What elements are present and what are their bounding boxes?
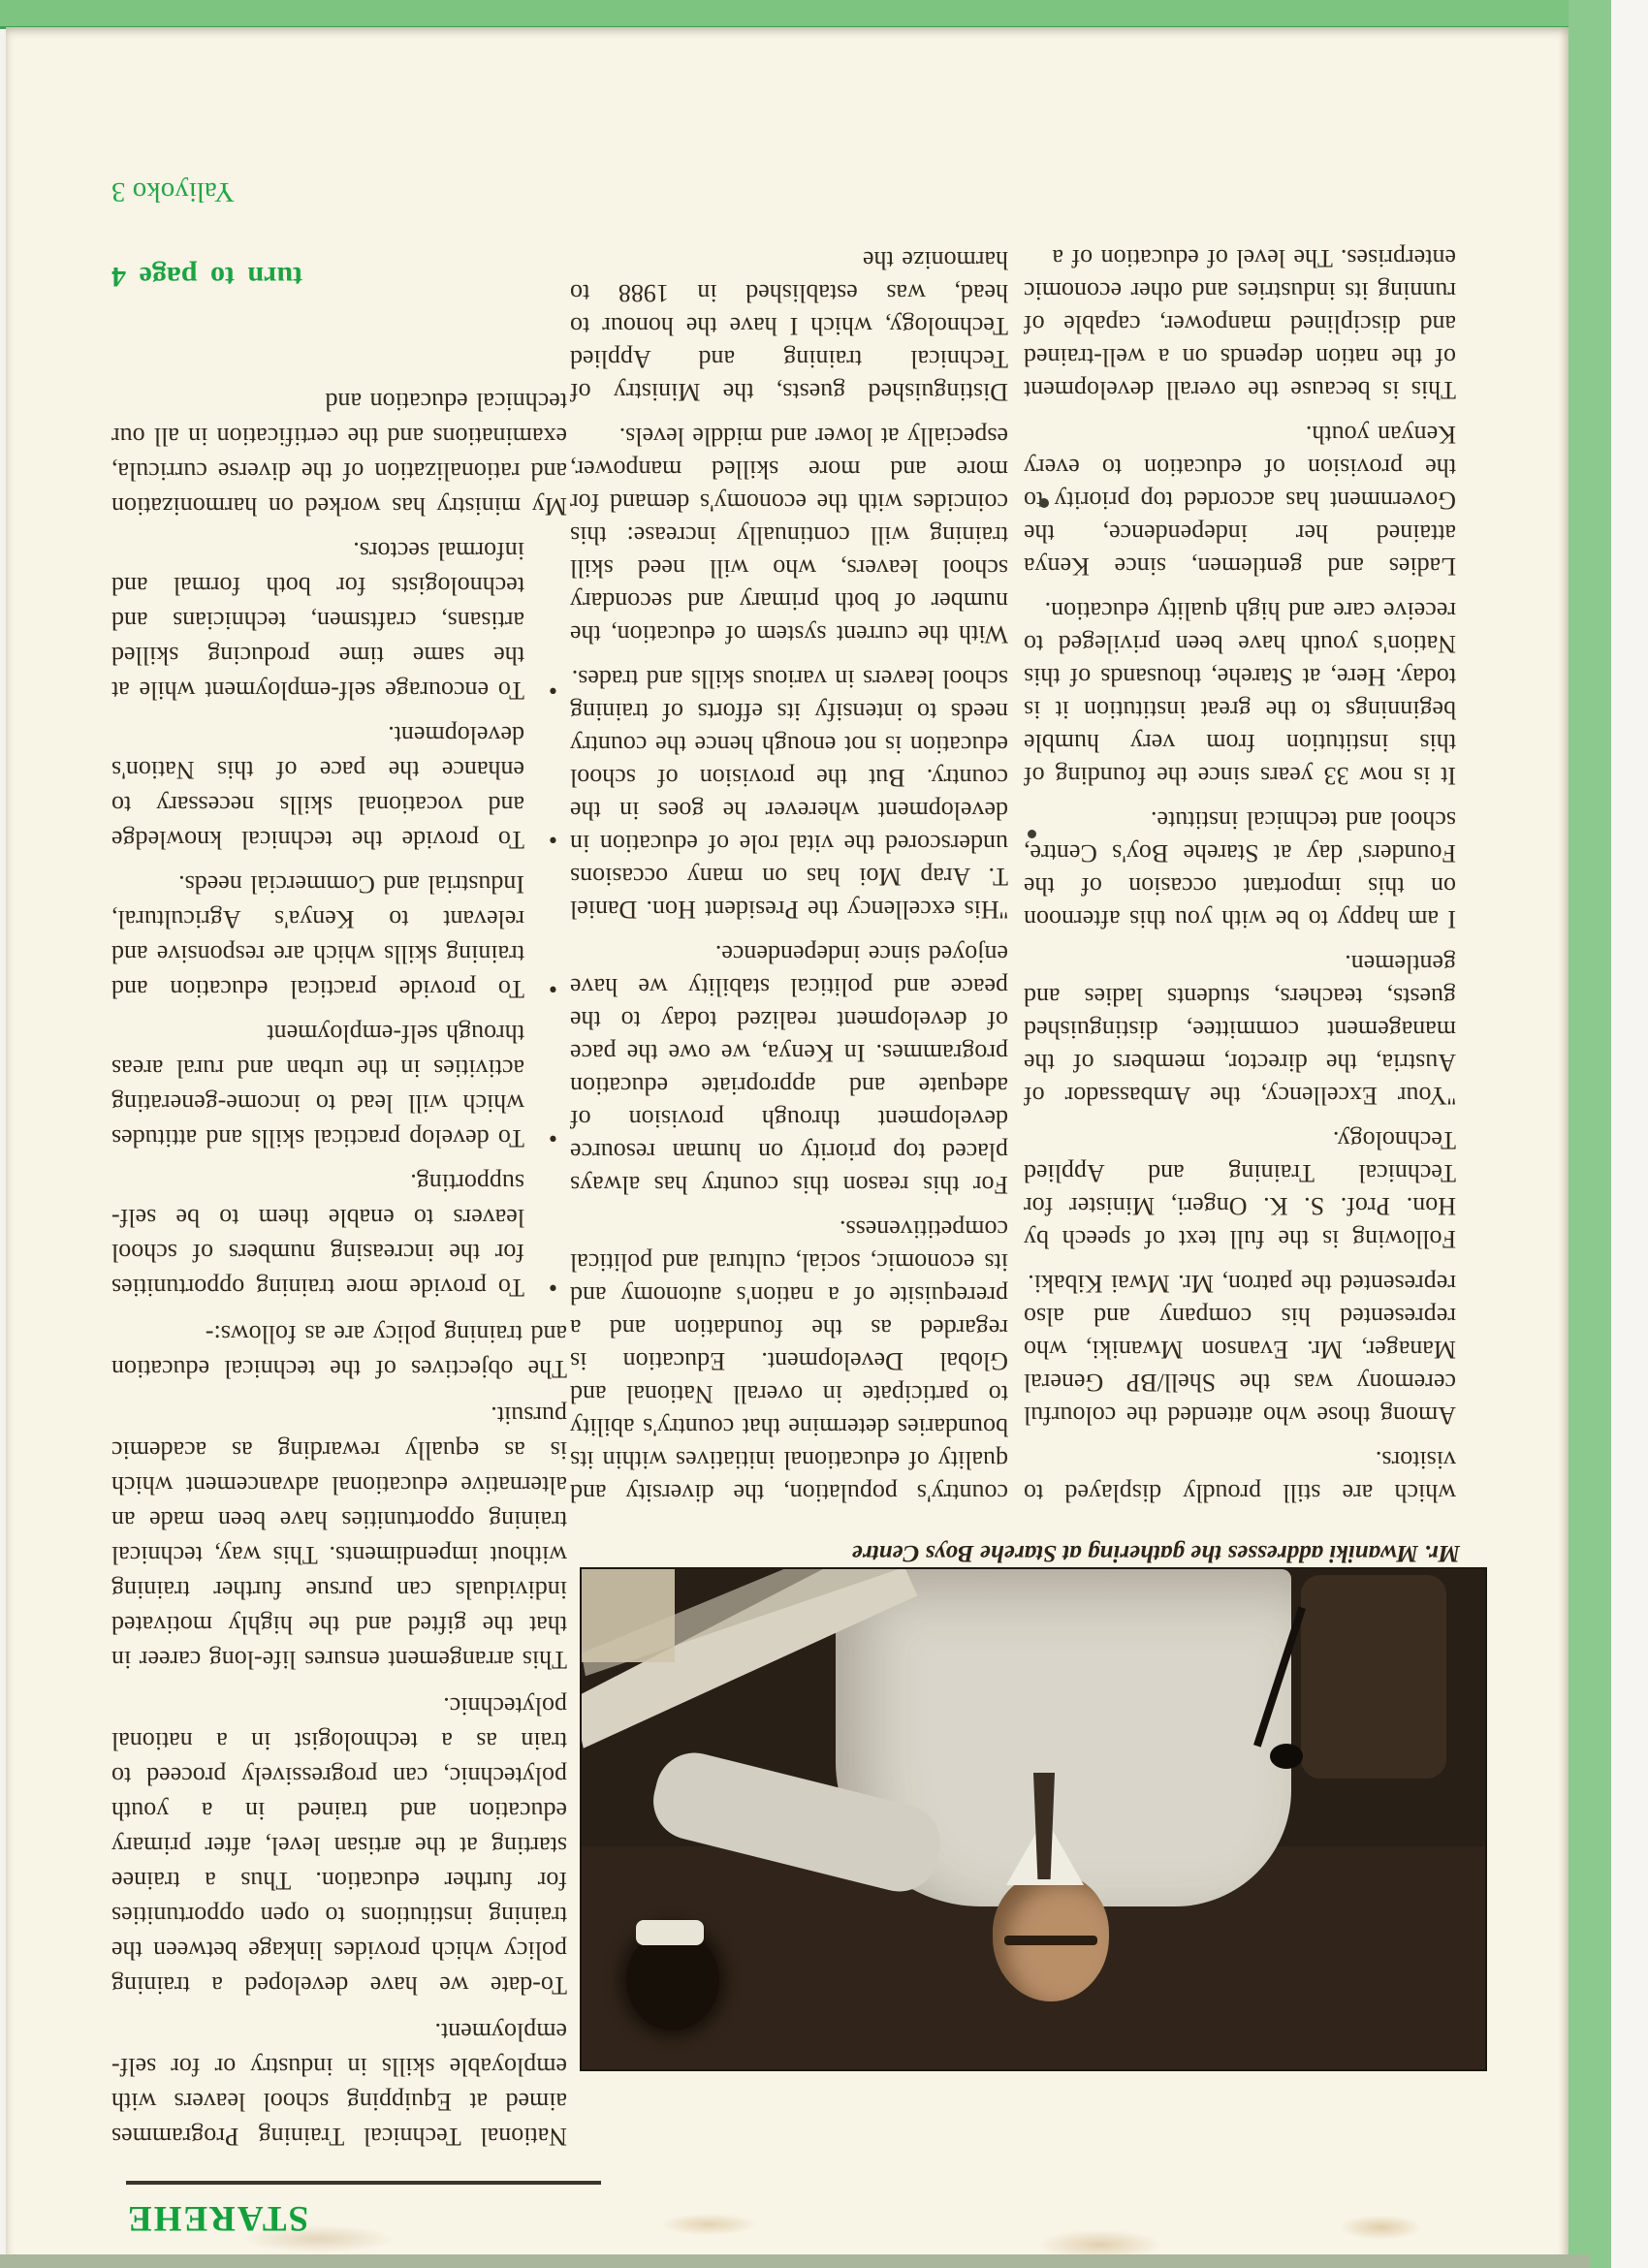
masthead-title: STAREHE — [126, 2197, 601, 2239]
article-paragraph: The objectives of the technical educatio… — [111, 1316, 567, 1386]
bullet-icon: • — [549, 1120, 557, 1155]
article-paragraph: This is because the overall development … — [1024, 241, 1456, 406]
bullet-text: To provide the technical knowledge and v… — [111, 721, 524, 854]
article-paragraph: My ministry has worked on harmonization … — [111, 384, 567, 523]
article-paragraph: National Technical Training Programmes a… — [111, 2014, 567, 2154]
bullet-text: To provide practical education and train… — [111, 870, 524, 1003]
article-paragraph: country's population, the diversity and … — [570, 1213, 1008, 1509]
bullet-item: • To provide the technical knowledge and… — [111, 717, 567, 857]
article-paragraph: Following is the full text of speech by … — [1024, 1123, 1456, 1255]
bullet-text: To develop practical skills and attitude… — [111, 1020, 524, 1152]
article-paragraph: To-date we have developed a training pol… — [111, 1688, 567, 2002]
article-paragraph: With the current system of education, th… — [570, 420, 1008, 650]
page-content-rotated: STAREHE Mr. Mwaniki addresses — [6, 27, 1569, 2268]
backdrop-green-band — [0, 0, 1648, 29]
article-paragraph: Ladies and gentlemen, since Kenya attain… — [1024, 418, 1456, 583]
bullet-icon: • — [549, 1270, 557, 1305]
paper-page: STAREHE Mr. Mwaniki addresses — [6, 27, 1569, 2268]
article-paragraph: ''Your Excellency, the Ambassador of Aus… — [1024, 947, 1456, 1112]
bullet-item: • To develop practical skills and attitu… — [111, 1016, 567, 1155]
microphone-icon — [1270, 1744, 1303, 1769]
article-paragraph: Among those who attended the colourful c… — [1024, 1267, 1456, 1432]
bullet-icon: • — [549, 822, 557, 857]
page-footer-label: Yaliyoko 3 — [111, 175, 567, 207]
bullet-item: • To encourage self-employment while at … — [111, 533, 567, 708]
article-paragraph: which are still proudly displayed to vis… — [1024, 1443, 1456, 1509]
binder-hole-mark — [1028, 830, 1036, 838]
turn-to-page-note: turn to page 4 — [111, 260, 567, 293]
scanned-newsletter-page: STAREHE Mr. Mwaniki addresses — [0, 0, 1648, 2268]
bullet-item: • To provide more training opportunities… — [111, 1165, 567, 1305]
photo-caption: Mr. Mwaniki addresses the gathering at S… — [529, 1539, 1460, 1566]
article-paragraph: This arrangement ensures life-long caree… — [111, 1398, 567, 1677]
speech-photo — [582, 1569, 1485, 2069]
article-paragraph: ''His excellency the President Hon. Dani… — [570, 662, 1008, 926]
speaker-glasses — [1004, 1936, 1097, 1945]
bullet-text: To encourage self-employment while at th… — [111, 537, 524, 705]
backdrop-green-edge — [1569, 0, 1611, 2268]
bullet-icon: • — [549, 673, 557, 708]
article-paragraph: It is now 33 years since the founding of… — [1024, 594, 1456, 792]
article-column-2: country's population, the diversity and … — [570, 108, 1008, 1509]
bullet-item: • To provide practical education and tra… — [111, 866, 567, 1006]
scan-bottom-edge — [0, 2254, 1590, 2268]
photo-shadow-area — [1301, 1575, 1446, 1779]
masthead-rule — [126, 2181, 601, 2185]
article-column-1: which are still proudly displayed to vis… — [1024, 129, 1456, 1509]
article-paragraph: I am happy to be with you this afternoon… — [1024, 803, 1456, 935]
binder-hole-mark — [1039, 498, 1049, 508]
bullet-icon: • — [549, 971, 557, 1006]
audience-member-collar — [636, 1920, 704, 1945]
article-paragraph: Distinguished guests, the Ministry of Te… — [570, 243, 1008, 408]
article-column-3: National Technical Training Programmes a… — [111, 308, 567, 2154]
photo-bright-corner — [582, 1569, 675, 1662]
bullet-text: To provide more training opportunities f… — [111, 1169, 524, 1302]
scanner-white-edge — [1611, 0, 1648, 2268]
article-paragraph: For this reason this country has always … — [570, 937, 1008, 1201]
